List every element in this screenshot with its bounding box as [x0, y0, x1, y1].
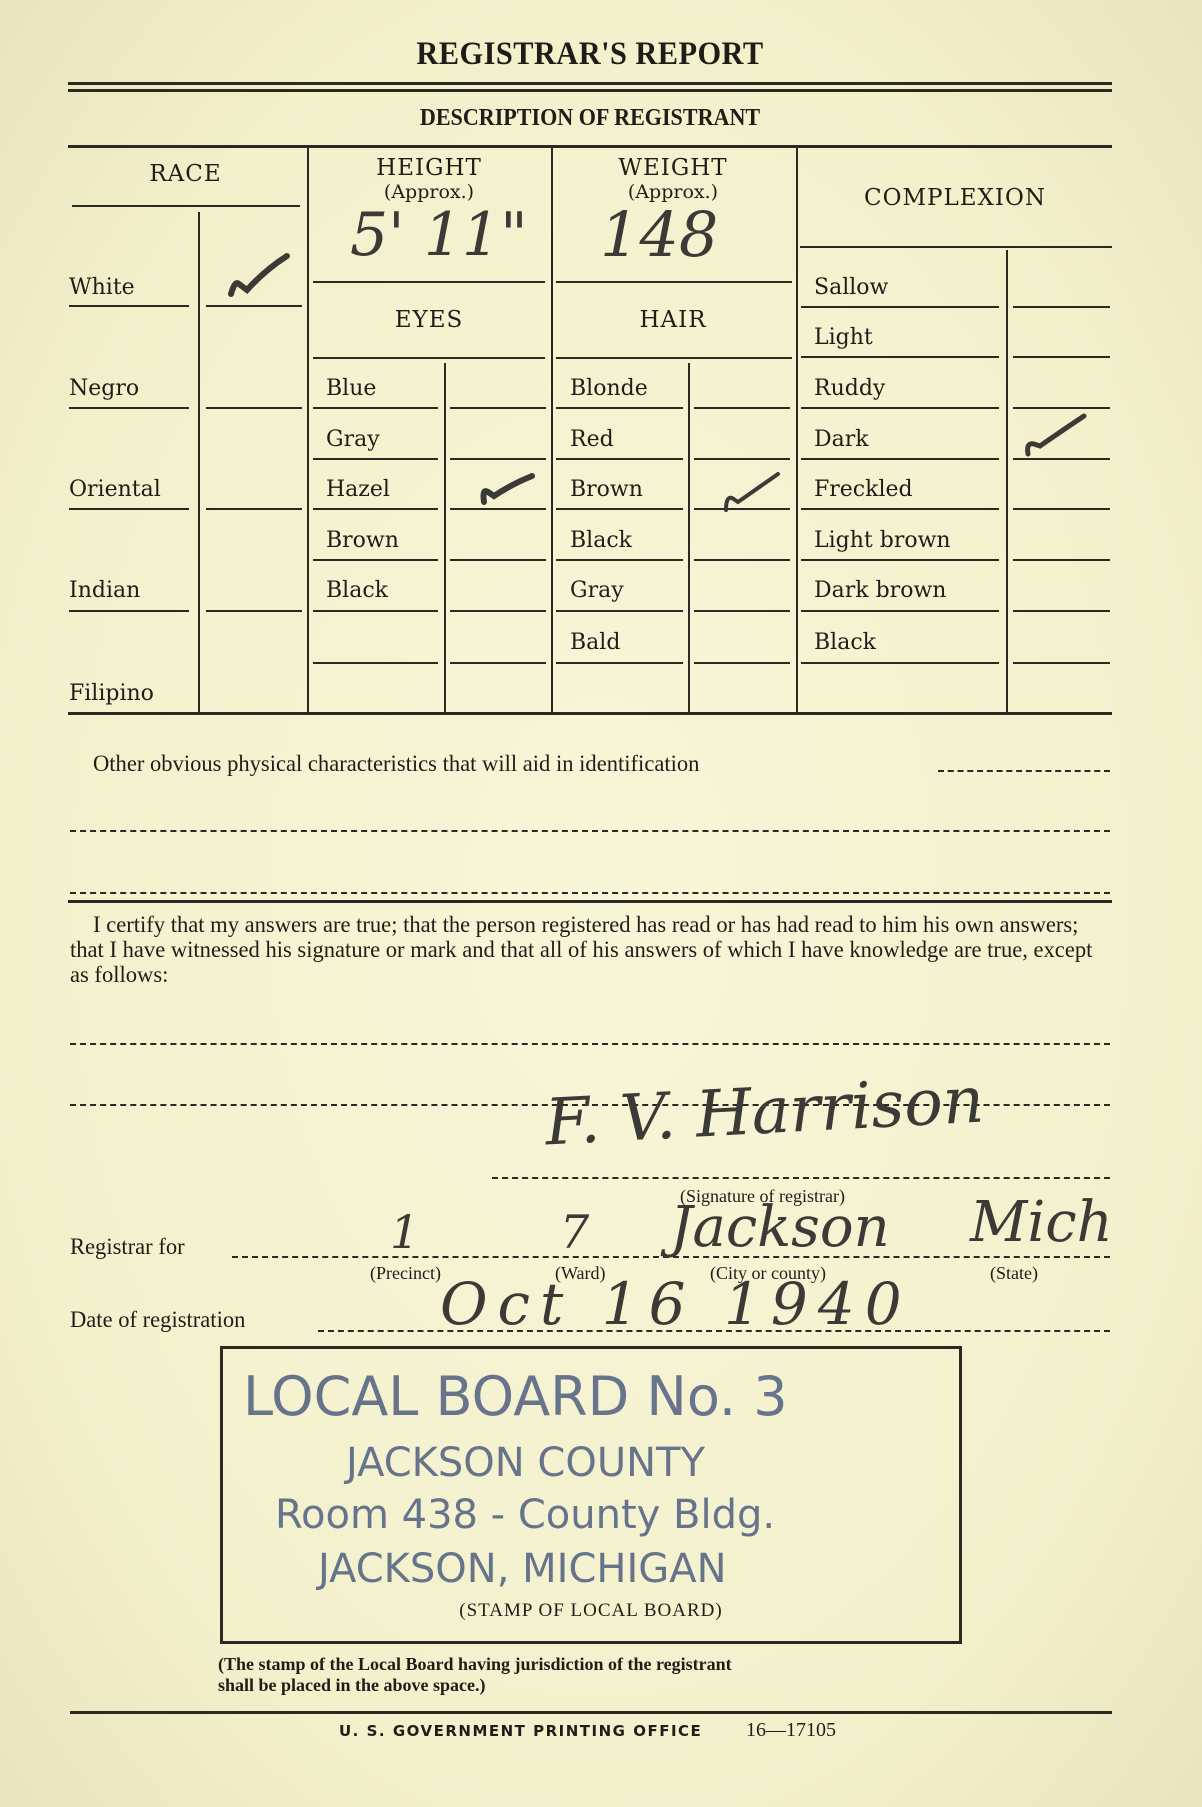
divider-race-height: [307, 147, 309, 712]
complexion-option-light: Light: [814, 325, 873, 350]
race-header: RACE: [68, 161, 303, 187]
height-header: HEIGHT: [309, 155, 549, 181]
race-check-rule: [206, 610, 302, 612]
hair-row-rule: [556, 662, 683, 664]
precinct-value: 1: [390, 1205, 419, 1259]
state-value: Mich: [970, 1190, 1113, 1255]
complexion-option-freckled: Freckled: [814, 477, 913, 502]
other-characteristics-field-2[interactable]: [70, 830, 1110, 832]
complexion-check-rule: [1013, 356, 1110, 358]
eye-row-rule: [313, 610, 438, 612]
hair-check-rule: [694, 458, 790, 460]
eye-option-gray: Gray: [326, 427, 380, 452]
hair-option-red: Red: [570, 427, 614, 452]
table-top-rule: [68, 145, 1112, 148]
hair-header-rule: [556, 357, 792, 359]
divider-hair-check: [688, 363, 690, 712]
complexion-option-sallow: Sallow: [814, 275, 888, 300]
stamp-line-2: JACKSON COUNTY: [346, 1440, 705, 1486]
complexion-check-rule: [1013, 508, 1110, 510]
table-bottom-rule: [68, 712, 1112, 715]
complexion-row-rule: [801, 559, 999, 561]
hair-row-rule: [556, 458, 683, 460]
exceptions-field-1[interactable]: [70, 1043, 1110, 1045]
race-option-oriental: Oriental: [69, 477, 161, 502]
other-characteristics-label: Other obvious physical characteristics t…: [93, 752, 699, 777]
divider-complexion-check: [1006, 250, 1008, 712]
eye-check-rule: [450, 559, 546, 561]
complexion-check-rule: [1013, 662, 1110, 664]
complexion-check-rule: [1013, 559, 1110, 561]
stamp-line-1: LOCAL BOARD No. 3: [243, 1365, 788, 1428]
eye-row-rule: [313, 559, 438, 561]
other-characteristics-field-3[interactable]: [70, 892, 1110, 894]
complexion-row-rule: [801, 508, 999, 510]
race-row-rule: [69, 508, 189, 510]
signature-line[interactable]: [492, 1177, 1110, 1179]
eye-option-blue: Blue: [326, 376, 376, 401]
eye-option-black: Black: [326, 578, 388, 603]
complexion-option-dark: Dark: [814, 427, 869, 452]
ward-value: 7: [560, 1205, 589, 1259]
date-label: Date of registration: [70, 1308, 245, 1333]
complexion-row-rule: [801, 610, 999, 612]
race-option-indian: Indian: [69, 578, 140, 603]
height-value-rule: [313, 281, 545, 283]
stamp-caption: (STAMP OF LOCAL BOARD): [0, 1600, 1182, 1622]
complexion-check-rule: [1013, 306, 1110, 308]
hair-row-rule: [556, 610, 683, 612]
eye-row-rule: [313, 458, 438, 460]
hair-header: HAIR: [553, 307, 793, 333]
complexion-dark-checkmark-icon[interactable]: [1022, 410, 1086, 464]
registrar-for-label: Registrar for: [70, 1235, 185, 1260]
eye-option-brown: Brown: [326, 528, 399, 553]
hair-brown-checkmark-icon[interactable]: [720, 470, 782, 520]
divider-height-weight: [551, 147, 553, 712]
eye-check-rule: [450, 662, 546, 664]
hair-row-rule: [556, 407, 683, 409]
eye-hazel-checkmark-icon[interactable]: [478, 470, 538, 512]
weight-header: WEIGHT: [553, 155, 793, 181]
complexion-row-rule: [801, 458, 999, 460]
divider-race-check: [198, 212, 200, 712]
hair-row-rule: [556, 508, 683, 510]
complexion-header-rule: [800, 246, 1112, 248]
footer-rule: [70, 1711, 1112, 1714]
complexion-option-black: Black: [814, 630, 876, 655]
complexion-row-rule: [801, 407, 999, 409]
title-rule-bottom: [68, 89, 1112, 92]
hair-option-brown: Brown: [570, 477, 643, 502]
complexion-header: COMPLEXION: [798, 185, 1112, 211]
complexion-row-rule: [801, 306, 999, 308]
complexion-check-rule: [1013, 407, 1110, 409]
race-check-rule: [206, 407, 302, 409]
weight-value: 148: [600, 198, 718, 271]
other-characteristics-field-1[interactable]: [938, 770, 1110, 772]
complexion-option-dark-brown: Dark brown: [814, 578, 946, 603]
stamp-note-line-2: shall be placed in the above space.): [218, 1675, 486, 1696]
eyes-header-rule: [313, 357, 545, 359]
state-label: (State): [990, 1263, 1038, 1284]
page-title: REGISTRAR'S REPORT: [47, 36, 1133, 73]
precinct-label: (Precinct): [370, 1263, 441, 1284]
race-white-checkmark-icon[interactable]: [225, 250, 295, 304]
eye-check-rule: [450, 407, 546, 409]
hair-check-rule: [694, 610, 790, 612]
eyes-header: EYES: [309, 307, 549, 333]
race-row-rule: [69, 407, 189, 409]
stamp-line-3: Room 438 - County Bldg.: [275, 1492, 775, 1538]
hair-row-rule: [556, 559, 683, 561]
section-title: DESCRIPTION OF REGISTRANT: [47, 105, 1133, 132]
eye-row-rule: [313, 662, 438, 664]
race-check-rule: [206, 305, 302, 307]
eye-option-hazel: Hazel: [326, 477, 390, 502]
eye-check-rule: [450, 610, 546, 612]
title-rule-top: [68, 82, 1112, 85]
complexion-row-rule: [801, 356, 999, 358]
hair-option-bald: Bald: [570, 630, 620, 655]
race-check-rule: [206, 508, 302, 510]
registrar-signature: F. V. Harrison: [543, 1064, 985, 1161]
section-rule: [68, 900, 1112, 903]
hair-check-rule: [694, 407, 790, 409]
divider-weight-complexion: [796, 147, 798, 712]
printer-credit: U. S. GOVERNMENT PRINTING OFFICE: [339, 1722, 702, 1740]
complexion-option-light-brown: Light brown: [814, 528, 951, 553]
hair-option-gray: Gray: [570, 578, 624, 603]
weight-value-rule: [556, 281, 792, 283]
complexion-row-rule: [801, 662, 999, 664]
date-value: Oct 16 1940: [440, 1270, 912, 1338]
eye-check-rule: [450, 458, 546, 460]
stamp-note-line-1: (The stamp of the Local Board having jur…: [218, 1654, 732, 1675]
complexion-option-ruddy: Ruddy: [814, 376, 885, 401]
race-row-rule: [69, 305, 189, 307]
stamp-line-4: JACKSON, MICHIGAN: [318, 1546, 727, 1592]
eye-row-rule: [313, 508, 438, 510]
form-number: 16—17105: [746, 1719, 836, 1742]
race-row-rule: [69, 610, 189, 612]
city-value: Jackson: [670, 1195, 890, 1260]
hair-option-blonde: Blonde: [570, 376, 648, 401]
divider-eyes-check: [444, 363, 446, 712]
height-value: 5' 11": [350, 200, 528, 270]
race-option-negro: Negro: [69, 376, 139, 401]
certification-text: I certify that my answers are true; that…: [70, 913, 1116, 988]
hair-check-rule: [694, 559, 790, 561]
race-option-filipino: Filipino: [69, 681, 154, 706]
race-header-rule: [72, 205, 300, 207]
hair-check-rule: [694, 662, 790, 664]
race-option-white: White: [69, 275, 135, 300]
complexion-check-rule: [1013, 610, 1110, 612]
eye-row-rule: [313, 407, 438, 409]
hair-option-black: Black: [570, 528, 632, 553]
